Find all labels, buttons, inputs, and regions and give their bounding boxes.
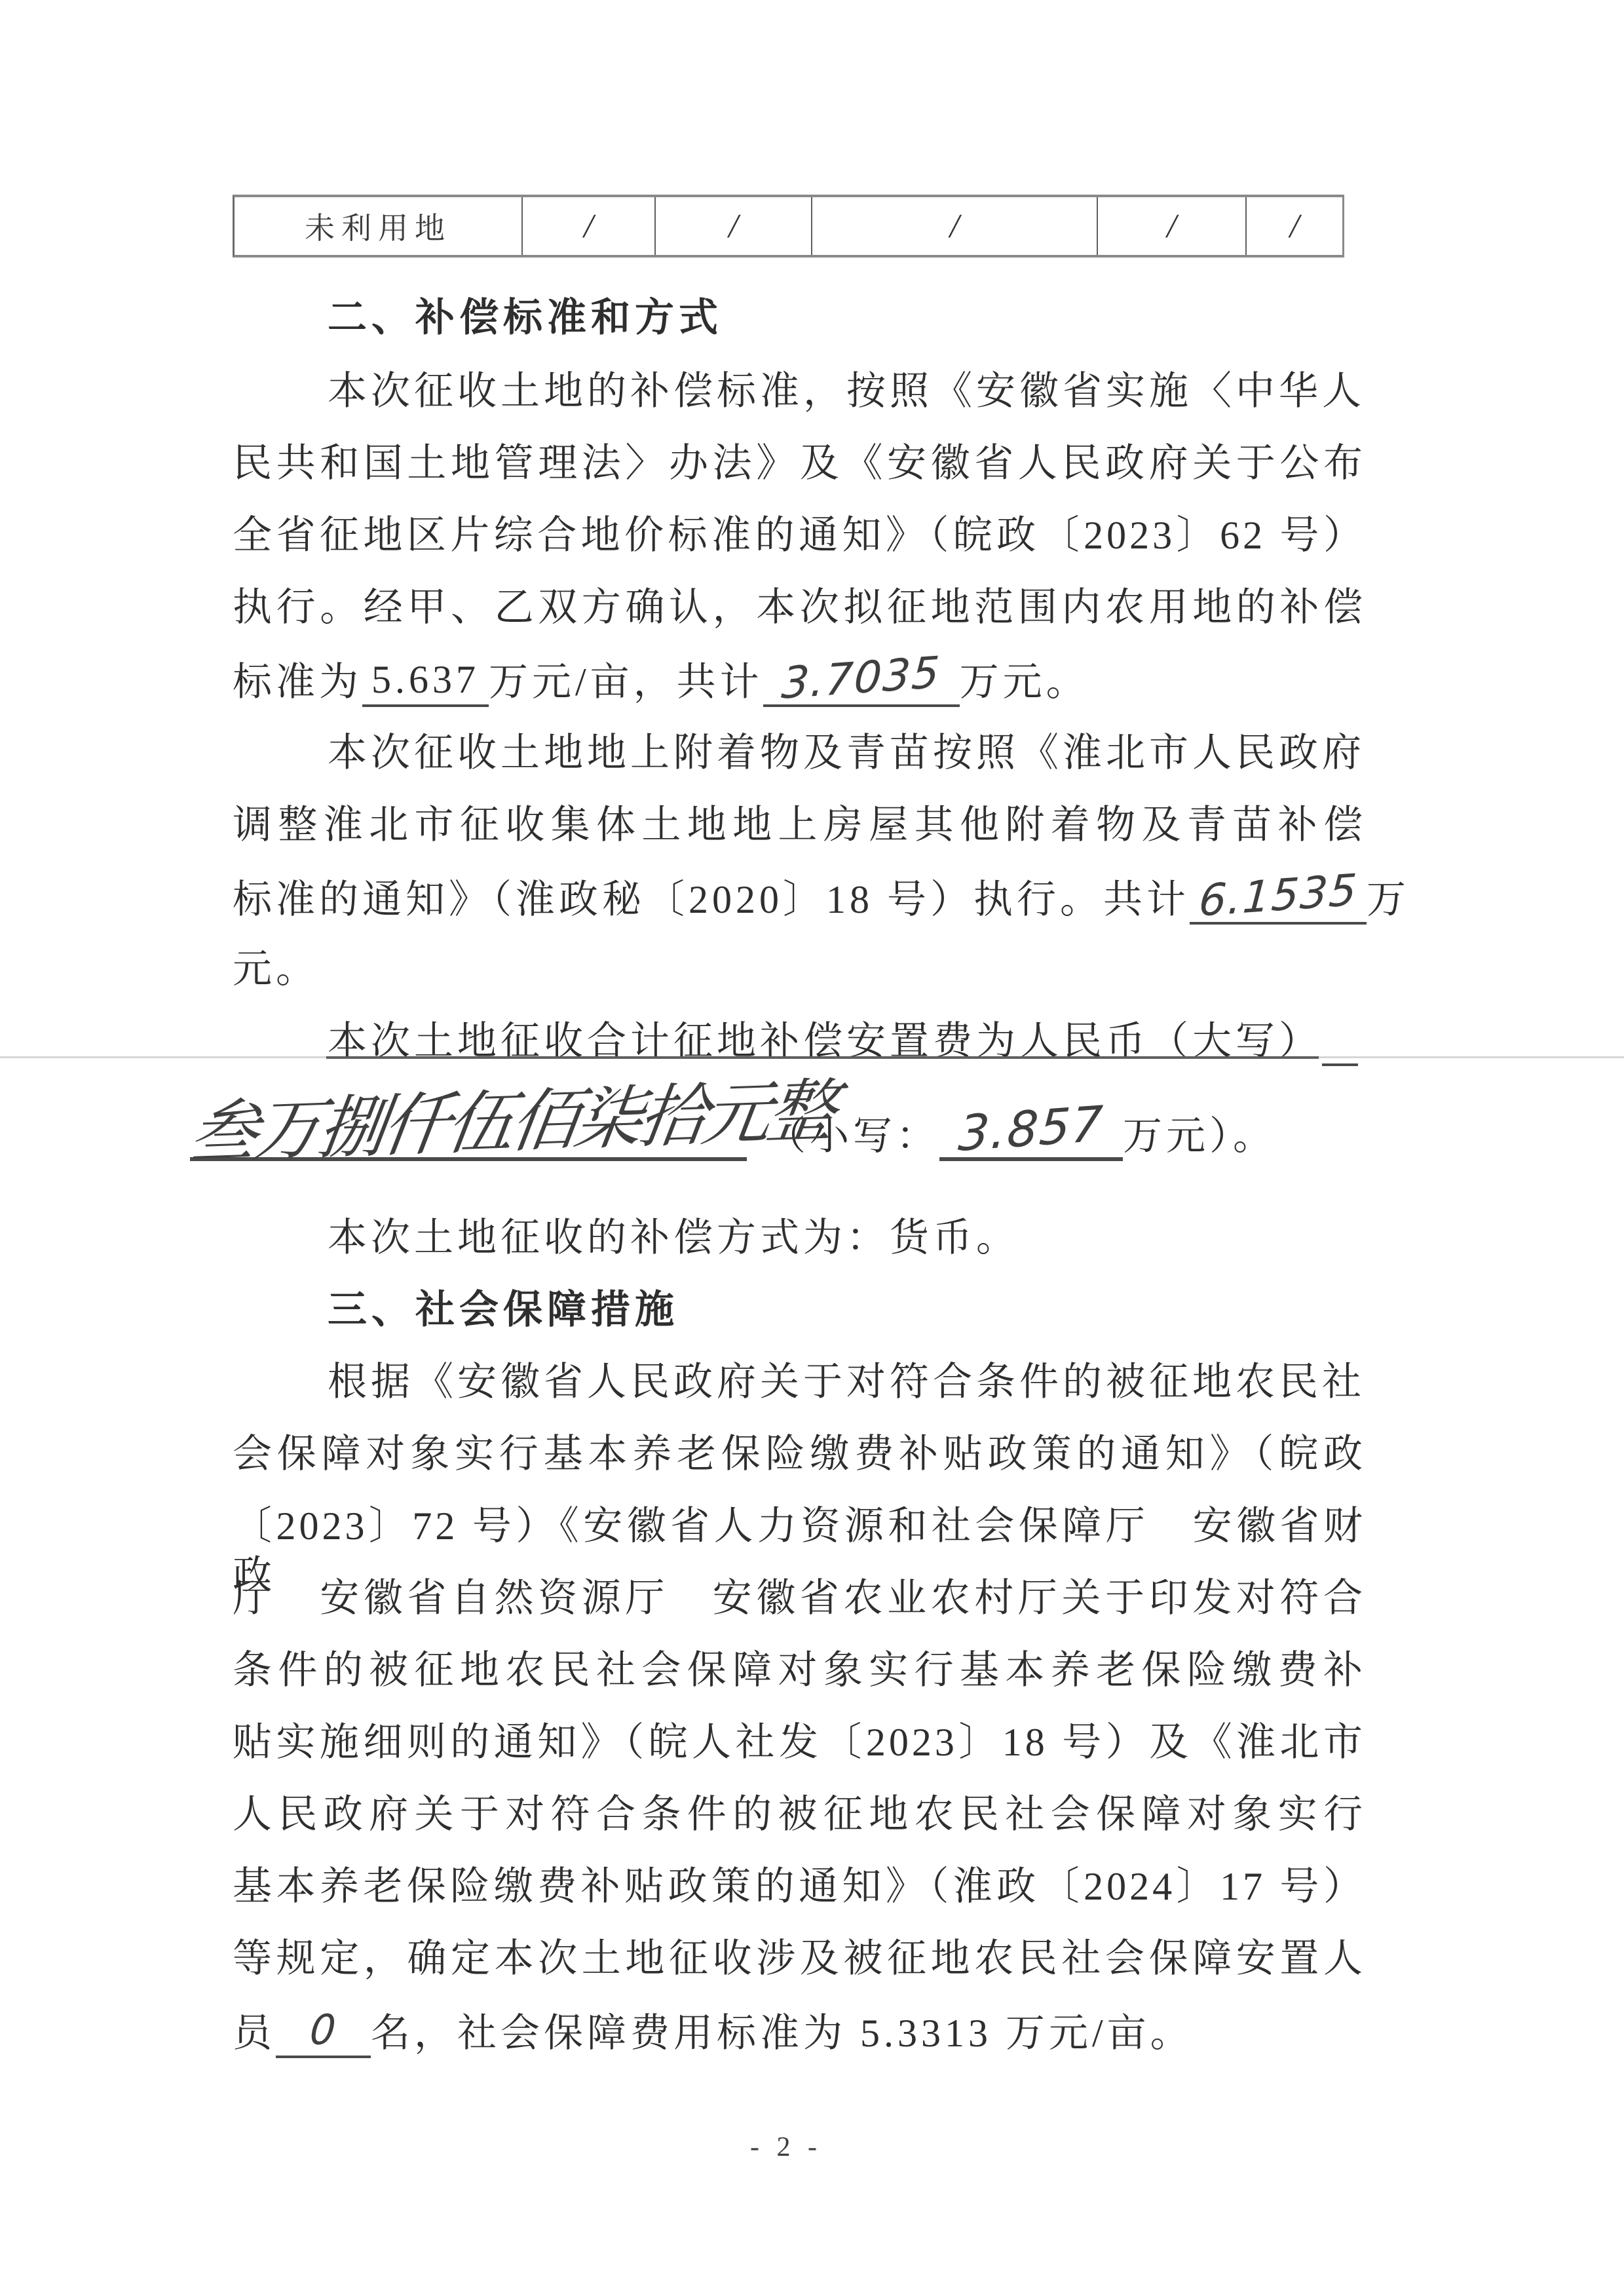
capital-amount-blank: 叁万捌仟伍佰柒拾元整 <box>190 1093 747 1161</box>
table-cell: / <box>1098 197 1247 255</box>
text-segment: 万元）。 <box>1123 1112 1276 1161</box>
paragraph-line-with-fill: 员 0 名，社会保障费用标准为 5.3313 万元/亩。 <box>233 2006 1194 2058</box>
handwritten-small-number: 3.857 <box>957 1102 1105 1157</box>
paragraph-line: 条件的被征地农民社会保障对象实行基本养老保险缴费补 <box>233 1646 1366 1695</box>
strikethrough-line <box>326 1056 1319 1059</box>
capital-amount-line: 叁万捌仟伍佰柒拾元整 （小写： 3.857 万元）。 <box>190 1093 1276 1161</box>
paragraph-line: 基本养老保险缴费补贴政策的通知》（淮政〔2024〕17 号） <box>233 1862 1366 1911</box>
rate-value-underlined: 5.637 <box>362 655 489 707</box>
handwritten-attachment-amount: 6.1535 <box>1198 870 1359 921</box>
paragraph-line: 全省征地区片综合地价标准的通知》（皖政〔2023〕62 号） <box>233 511 1366 560</box>
text-segment: 员 <box>233 2009 276 2058</box>
paragraph-line: 元。 <box>233 945 319 994</box>
text-segment: 标准的通知》（淮政秘〔2020〕18 号）执行。共计 <box>233 875 1190 925</box>
table-cell-value: / <box>584 207 593 246</box>
paragraph-line: 执行。经甲、乙双方确认，本次拟征地范围内农用地的补偿 <box>233 583 1366 632</box>
paragraph-line: 本次征收土地地上附着物及青苗按照《淮北市人民政府 <box>328 729 1366 778</box>
paragraph-line: 民共和国土地管理法〉办法》及《安徽省人民政府关于公布 <box>233 439 1366 488</box>
paragraph-line: 会保障对象实行基本养老保险缴费补贴政策的通知》（皖政 <box>233 1430 1366 1479</box>
fill-in-blank: 0 <box>276 2006 371 2058</box>
text-segment: 万 <box>1367 875 1410 925</box>
paragraph-line: 贴实施细则的通知》（皖人社发〔2023〕18 号）及《淮北市 <box>233 1718 1366 1767</box>
table-cell: / <box>656 197 812 255</box>
handwritten-total-amount: 3.7035 <box>780 653 942 703</box>
table-cell-value: / <box>950 207 959 246</box>
paragraph-line: 厅 安徽省自然资源厅 安徽省农业农村厅关于印发对符合 <box>233 1574 1366 1623</box>
table-cell: / <box>1247 197 1342 255</box>
paragraph-line: 本次征收土地的补偿标准，按照《安徽省实施〈中华人 <box>328 367 1366 416</box>
fill-in-blank: 3.7035 <box>763 655 960 707</box>
payment-method-line: 本次土地征收的补偿方式为：货币。 <box>328 1214 1019 1263</box>
text-segment: 万元/亩，共计 <box>489 658 763 707</box>
table-cell: / <box>812 197 1098 255</box>
land-type-label: 未利用地 <box>305 204 451 248</box>
table-cell-value: / <box>728 207 738 246</box>
document-page: 未利用地 / / / / / 二、补偿标准和方式 本次征收土地的补偿标准，按照《… <box>0 0 1624 2296</box>
paragraph-line: 调整淮北市征收集体土地地上房屋其他附着物及青苗补偿 <box>233 801 1366 850</box>
handwritten-person-count: 0 <box>309 2010 338 2049</box>
fill-in-blank <box>1322 1024 1358 1066</box>
paragraph-line: 人民政府关于对符合条件的被征地农民社会保障对象实行 <box>233 1790 1366 1839</box>
text-segment: 万元。 <box>960 658 1089 707</box>
section2-heading: 二、补偿标准和方式 <box>328 294 723 343</box>
paragraph-line-with-fill: 标准的通知》（淮政秘〔2020〕18 号）执行。共计 6.1535 万 <box>233 873 1410 925</box>
table-cell: / <box>523 197 656 255</box>
land-type-table-row: 未利用地 / / / / / <box>233 195 1344 258</box>
paragraph-line-with-fill: 标准为 5.637 万元/亩，共计 3.7035 万元。 <box>233 655 1089 707</box>
text-segment: 名，社会保障费用标准为 5.3313 万元/亩。 <box>371 2009 1194 2058</box>
section3-heading: 三、社会保障措施 <box>328 1286 679 1335</box>
small-number-blank: 3.857 <box>939 1107 1123 1161</box>
fill-in-blank: 6.1535 <box>1190 873 1367 925</box>
handwritten-capital-amount: 叁万捌仟伍佰柒拾元整 <box>186 1082 836 1162</box>
table-cell-label: 未利用地 <box>235 197 523 255</box>
text-segment: 标准为 <box>233 658 362 707</box>
table-cell-value: / <box>1167 207 1176 246</box>
table-cell-value: / <box>1290 207 1299 246</box>
paragraph-line: 等规定，确定本次土地征收涉及被征地农民社会保障安置人 <box>233 1934 1366 1983</box>
page-number: - 2 - <box>0 2132 1572 2163</box>
paragraph-line: 根据《安徽省人民政府关于对符合条件的被征地农民社 <box>328 1358 1366 1407</box>
